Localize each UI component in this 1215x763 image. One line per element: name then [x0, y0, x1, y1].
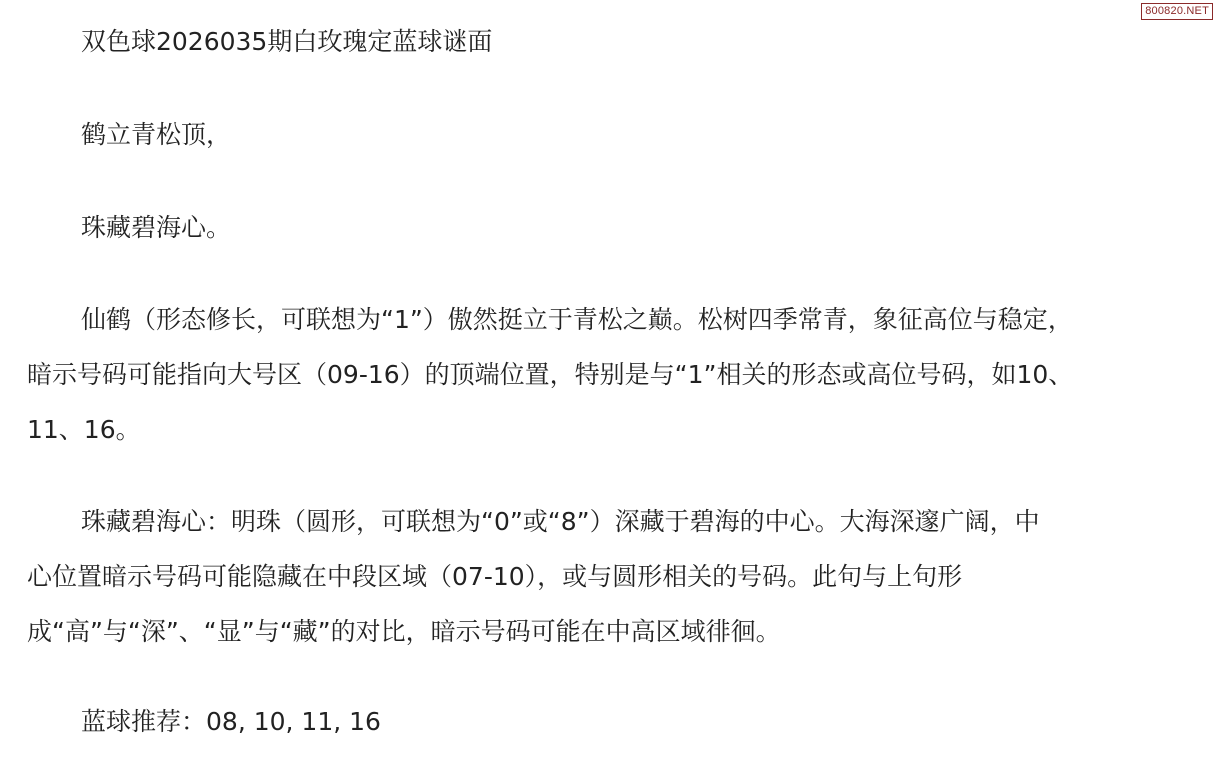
recommendation-label: 蓝球推荐：	[81, 707, 206, 736]
site-watermark: 800820.NET	[1141, 3, 1213, 20]
riddle-line-2: 珠藏碧海心。	[81, 213, 231, 243]
paragraph-line: 成“高”与“深”、“显”与“藏”的对比，暗示号码可能在中高区域徘徊。	[27, 617, 781, 647]
paragraph-line: 暗示号码可能指向大号区（09-16）的顶端位置，特别是与“1”相关的形态或高位号…	[27, 360, 1073, 390]
paragraph-line: 心位置暗示号码可能隐藏在中段区域（07-10），或与圆形相关的号码。此句与上句形	[27, 562, 962, 592]
blue-ball-recommendation: 蓝球推荐：08, 10, 11, 16	[81, 707, 381, 737]
riddle-line-1: 鹤立青松顶，	[81, 120, 231, 150]
paragraph-line: 珠藏碧海心：明珠（圆形，可联想为“0”或“8”）深藏于碧海的中心。大海深邃广阔，…	[81, 507, 1040, 537]
paragraph-line: 仙鹤（形态修长，可联想为“1”）傲然挺立于青松之巅。松树四季常青，象征高位与稳定…	[81, 305, 1073, 335]
paragraph-line: 11、16。	[27, 415, 141, 445]
recommendation-numbers: 08, 10, 11, 16	[206, 707, 381, 736]
article-title: 双色球2026035期白玫瑰定蓝球谜面	[81, 27, 492, 57]
